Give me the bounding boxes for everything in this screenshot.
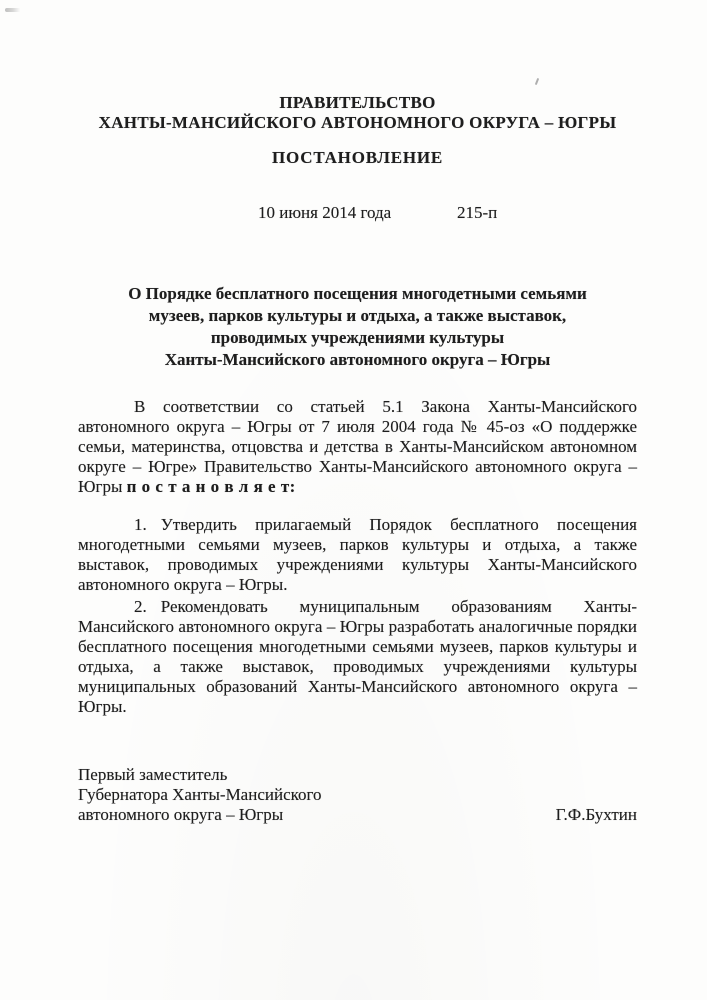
document-title-line: проводимых учреждениями культуры [78,327,637,349]
scan-tick-artifact [535,78,539,85]
document-date: 10 июня 2014 года [258,203,391,223]
org-name-line2: ХАНТЫ-МАНСИЙСКОГО АВТОНОМНОГО ОКРУГА – Ю… [78,113,637,133]
document-title-line: музеев, парков культуры и отдыха, а такж… [78,305,637,327]
signer-position-line: Первый заместитель [78,765,637,785]
org-name-line1: ПРАВИТЕЛЬСТВО [78,93,637,113]
list-item-1: 1.Утвердить прилагаемый Порядок бесплатн… [78,515,637,595]
document-number: 215-п [457,203,497,223]
list-item-number: 1. [134,515,147,534]
letterhead: ПРАВИТЕЛЬСТВО ХАНТЫ-МАНСИЙСКОГО АВТОНОМН… [78,93,637,133]
document-title-line: Ханты-Мансийского автономного округа – Ю… [78,349,637,371]
signer-position-line: Губернатора Ханты-Мансийского [78,785,637,805]
document-body: В соответствии со статьей 5.1 Закона Хан… [78,397,637,717]
document-page: ПРАВИТЕЛЬСТВО ХАНТЫ-МАНСИЙСКОГО АВТОНОМН… [0,0,707,1000]
list-item-2: 2.Рекомендовать муниципальным образовани… [78,597,637,717]
signer-name: Г.Ф.Бухтин [556,805,637,825]
signer-position-line: автономного округа – Югры [78,805,637,825]
document-title-line: О Порядке бесплатного посещения многодет… [78,283,637,305]
document-meta-row: 10 июня 2014 года 215-п [78,203,637,223]
signature-block: Первый заместитель Губернатора Ханты-Ман… [78,765,637,825]
list-item-text: Рекомендовать муниципальным образованиям… [78,597,637,716]
list-item-number: 2. [134,597,147,616]
document-type-heading: ПОСТАНОВЛЕНИЕ [78,148,637,168]
intro-paragraph: В соответствии со статьей 5.1 Закона Хан… [78,397,637,497]
document-title: О Порядке бесплатного посещения многодет… [78,283,637,371]
scan-smudge-artifact [5,8,23,12]
decree-verb: п о с т а н о в л я е т: [127,477,296,496]
list-item-text: Утвердить прилагаемый Порядок бесплатног… [78,515,637,594]
